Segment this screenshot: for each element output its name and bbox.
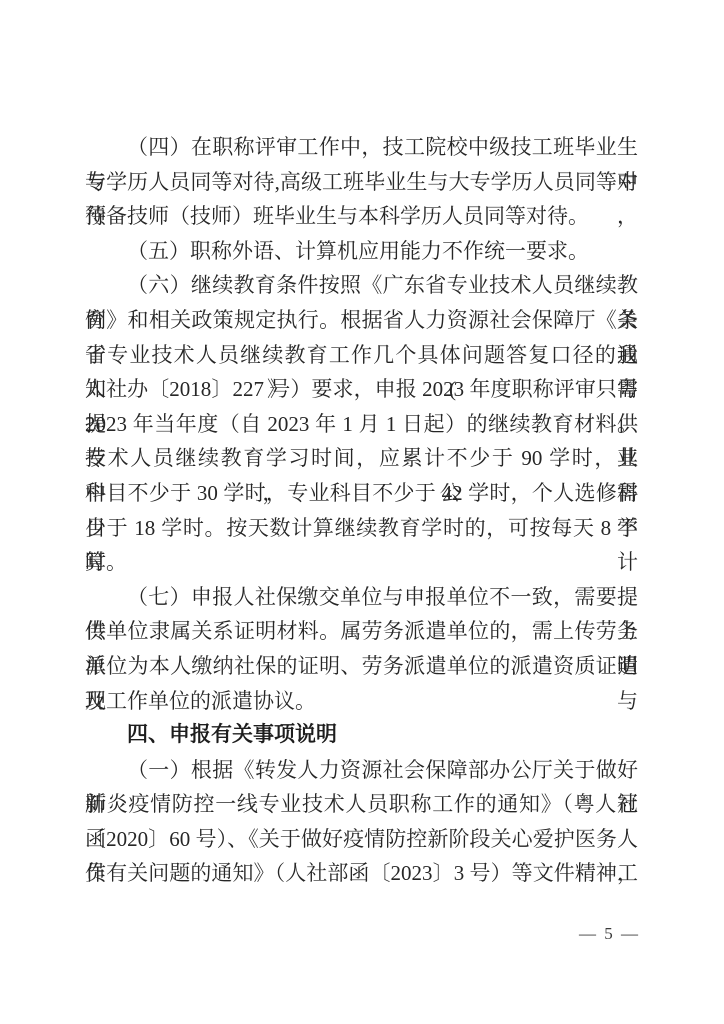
paragraph-line: 〔2020〕60 号）、《关于做好疫情防控新阶段关心爱护医务人员工: [85, 822, 638, 857]
paragraph-line: 技术人员继续教育学习时间，应累计不少于 90 学时，其中，公需: [85, 441, 638, 476]
paragraph-line: 作有关问题的通知》（人社部函〔2023〕3 号）等文件精神，进入: [85, 856, 638, 891]
paragraph-line: （四）在职称评审工作中，技工院校中级技工班毕业生与中: [85, 130, 638, 165]
paragraph-line: 科目不少于 30 学时，专业科目不少于 42 学时，个人选修科目不: [85, 476, 638, 511]
paragraph-line: 例》和相关政策规定执行。根据省人力资源社会保障厅《关于我: [85, 303, 638, 338]
document-page: （四）在职称评审工作中，技工院校中级技工班毕业生与中专学历人员同等对待,高级工班…: [0, 0, 724, 1024]
paragraph-line: 2023 年当年度（自 2023 年 1 月 1 日起）的继续教育材料。专业: [85, 407, 638, 442]
paragraph-line: 肺炎疫情防控一线专业技术人员职称工作的通知》（粤人社函: [85, 787, 638, 822]
paragraph-line: 少于 18 学时。按天数计算继续教育学时的，可按每天 8 学时计: [85, 511, 638, 546]
paragraph-line: 传单位隶属关系证明材料。属劳务派遣单位的，需上传劳务派遣: [85, 614, 638, 649]
paragraph-line: （六）继续教育条件按照《广东省专业技术人员继续教育条: [85, 268, 638, 303]
page-number: — 5 —: [579, 924, 640, 943]
paragraph-line: 人社办〔2018〕227 号）要求，申报 2023 年度职称评审只需提供: [85, 372, 638, 407]
paragraph-line: 省专业技术人员继续教育工作几个具体问题答复口径的通知》(粤: [85, 338, 638, 373]
paragraph-line: （一）根据《转发人力资源社会保障部办公厅关于做好新冠: [85, 753, 638, 788]
paragraph-line: （七）申报人社保缴交单位与申报单位不一致，需要提供上: [85, 580, 638, 615]
document-body: （四）在职称评审工作中，技工院校中级技工班毕业生与中专学历人员同等对待,高级工班…: [85, 130, 638, 891]
paragraph-line: 预备技师（技师）班毕业生与本科学历人员同等对待。: [85, 199, 638, 234]
page-footer: — 5 —: [579, 924, 640, 944]
paragraph-line: （五）职称外语、计算机应用能力不作统一要求。: [85, 234, 638, 269]
paragraph-line: 专学历人员同等对待,高级工班毕业生与大专学历人员同等对待，: [85, 165, 638, 200]
section-heading: 四、申报有关事项说明: [85, 718, 638, 753]
paragraph-line: 单位为本人缴纳社保的证明、劳务派遣单位的派遣资质证明及与: [85, 649, 638, 684]
